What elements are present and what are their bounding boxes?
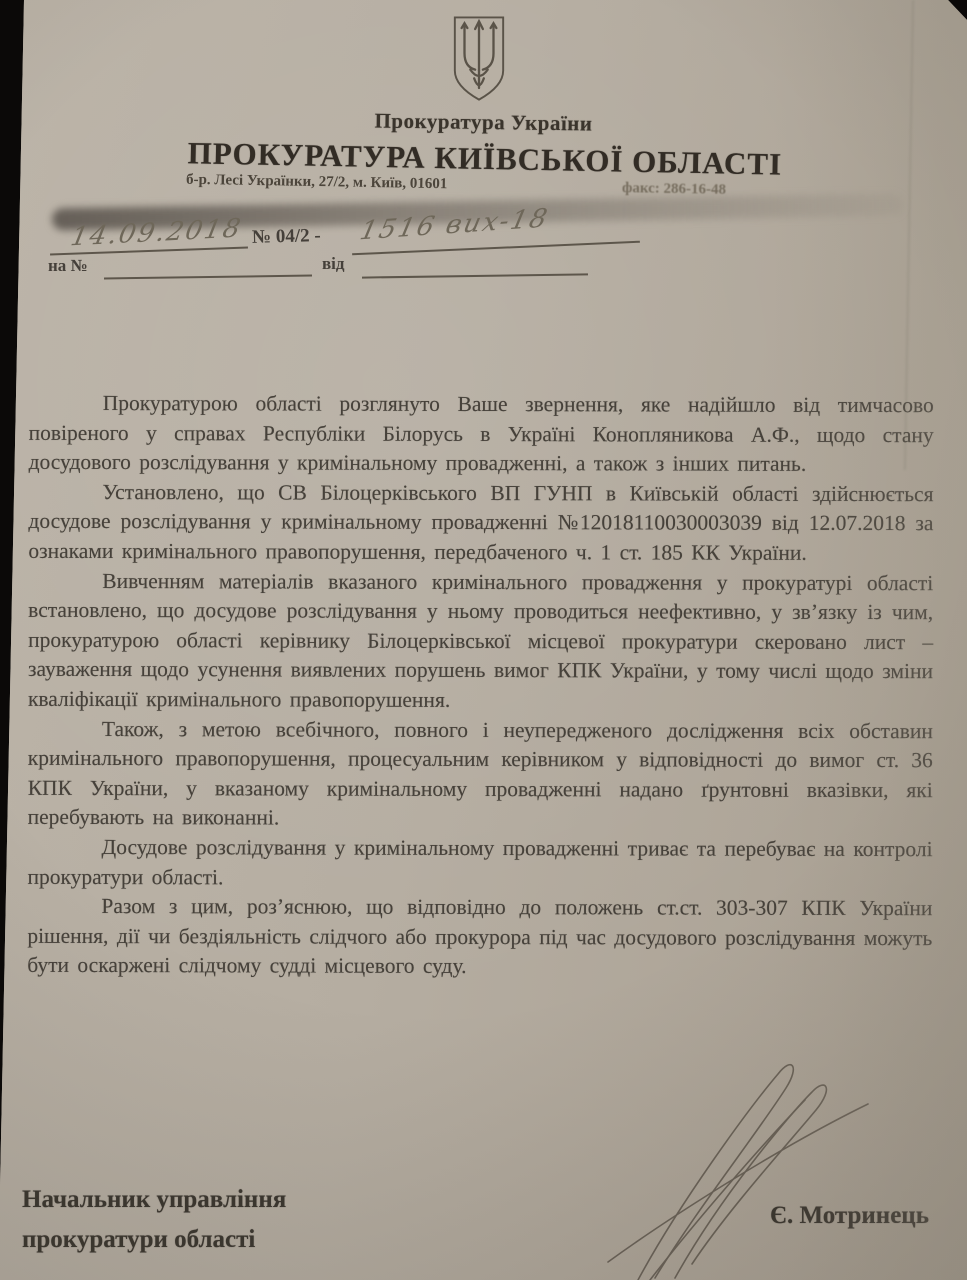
body-paragraph: Прокуратурою області розглянуто Ваше зве…	[29, 389, 934, 480]
body-paragraph: Вивченням матеріалів вказаного криміналь…	[28, 566, 933, 716]
document-page: Прокуратура України ПРОКУРАТУРА КИЇВСЬКО…	[0, 0, 967, 1280]
signer-position-line1: Начальник управління	[22, 1180, 286, 1220]
signer-name: Є. Мотринець	[770, 1202, 929, 1230]
org-address: б-р. Лесі Українки, 27/2, м. Київ, 01601	[186, 172, 448, 194]
signer-position: Начальник управління прокуратури області	[22, 1180, 286, 1260]
from-date-underline	[362, 273, 588, 278]
body-paragraph: Також, з метою всебічного, повного і неу…	[28, 714, 933, 835]
from-date-label: від	[322, 254, 345, 274]
letter-body: Прокуратурою області розглянуто Ваше зве…	[27, 389, 934, 983]
reply-to-label: на №	[48, 256, 88, 276]
reply-to-underline	[104, 275, 312, 280]
signer-position-line2: прокуратури області	[22, 1220, 286, 1260]
outgoing-number-prefix: № 04/2 -	[252, 225, 321, 249]
body-paragraph: Установлено, що СВ Білоцерківського ВП Г…	[28, 478, 933, 569]
body-paragraph: Досудове розслідування у кримінальному п…	[27, 833, 932, 895]
trident-emblem-icon	[450, 14, 508, 104]
document-photo: Прокуратура України ПРОКУРАТУРА КИЇВСЬКО…	[0, 0, 967, 1280]
handwritten-signature-icon	[600, 1052, 920, 1280]
body-paragraph: Разом з цим, роз’яснюю, що відповідно до…	[27, 892, 932, 983]
